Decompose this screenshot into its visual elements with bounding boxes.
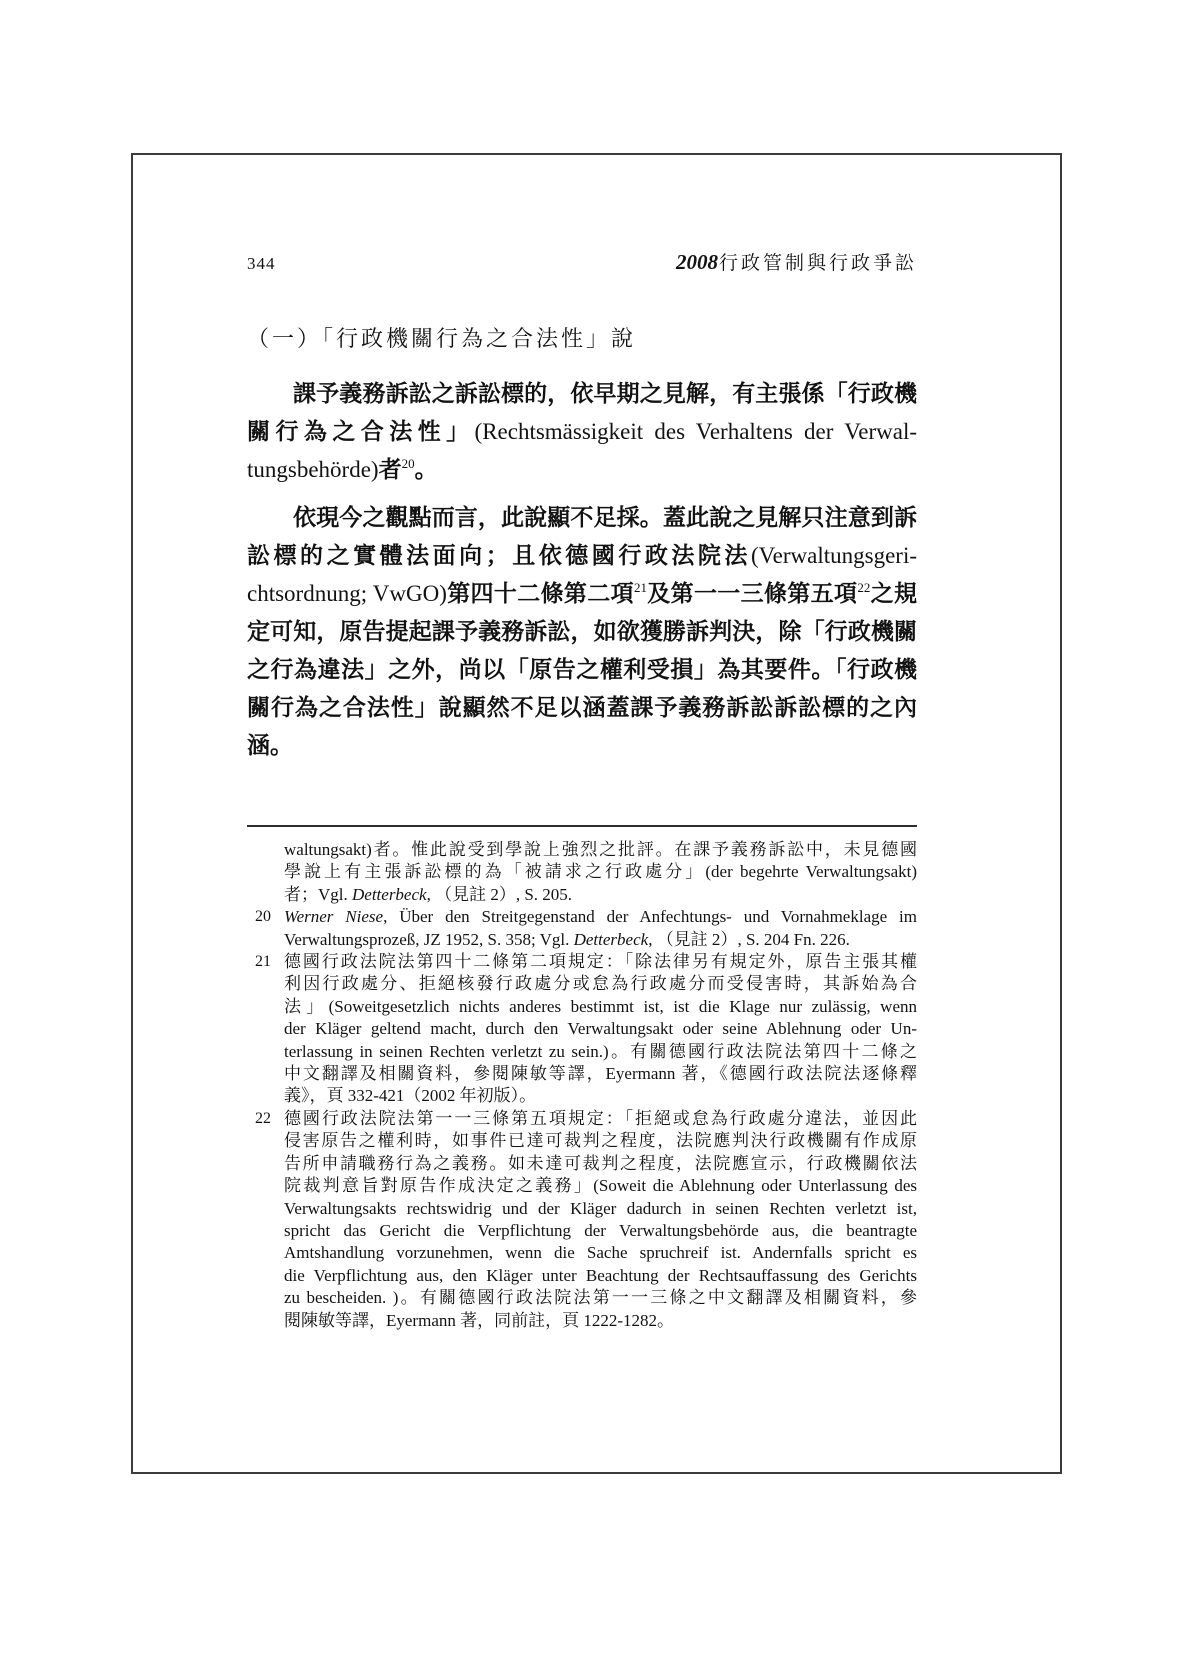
text-segment: die Verpflichtung aus, den Kläger unter … xyxy=(284,1266,917,1285)
footnote: waltungsakt)者。惟此說受到學說上強烈之批評。在課予義務訴訟中，未見德… xyxy=(247,839,917,906)
body-line: 定可知，原告提起課予義務訴訟，如欲獲勝訴判決，除「行政機關 xyxy=(247,613,917,651)
text-segment: , S. 204 Fn. 226. xyxy=(737,930,849,949)
footnote-line: 法」(Soweitgesetzlich nichts anderes besti… xyxy=(284,996,917,1018)
footnote-line: 中文翻譯及相關資料，參閱陳敏等譯，Eyermann 著，《德國行政法院法逐條釋 xyxy=(284,1063,917,1085)
running-header-text: 行政管制與行政爭訟 xyxy=(719,253,917,274)
text-segment: (der begehrte Verwaltungsakt) xyxy=(705,862,917,881)
footnote-number: 21 xyxy=(255,951,271,973)
text-segment: 閱陳敏等譯， xyxy=(284,1311,386,1330)
text-segment: 。 xyxy=(657,1311,674,1330)
text-segment: der Kläger geltend macht, durch den Verw… xyxy=(284,1019,917,1038)
text-segment: 之規 xyxy=(870,581,917,606)
body-text: 課予義務訴訟之訴訟標的，依早期之見解，有主張係「行政機關行為之合法性」(Rech… xyxy=(247,375,917,765)
text-segment: waltungsakt) xyxy=(284,840,372,859)
text-segment: , S. 205. xyxy=(516,885,572,904)
text-segment: Eyermann xyxy=(386,1311,460,1330)
text-segment: 院裁判意旨對原告作成決定之義務」 xyxy=(284,1176,593,1195)
page-content: 344 2008行政管制與行政爭訟 （一）「行政機關行為之合法性」說 課予義務訴… xyxy=(247,155,917,1332)
footnote-line: terlassung in seinen Rechten verletzt zu… xyxy=(284,1041,917,1063)
text-segment: 訟標的之實體法面向；且依德國行政法院法 xyxy=(247,543,751,568)
text-segment: zu bescheiden. ) xyxy=(284,1288,398,1307)
text-segment: 告所申請職務行為之義務。如未達可裁判之程度，法院應宣示，行政機關依法 xyxy=(284,1154,917,1173)
text-segment: spricht das Gericht die Verpflichtung de… xyxy=(284,1221,917,1240)
footnote-line: zu bescheiden. )。有關德國行政法院法第一一三條之中文翻譯及相關資… xyxy=(284,1287,917,1309)
page-header: 344 2008行政管制與行政爭訟 xyxy=(247,248,917,275)
text-segment: 及第一一三條第五項 xyxy=(647,581,857,606)
body-line: 涵。 xyxy=(247,727,917,765)
text-segment: 332-421 xyxy=(348,1086,405,1105)
page-border: 344 2008行政管制與行政爭訟 （一）「行政機關行為之合法性」說 課予義務訴… xyxy=(131,153,1062,1474)
text-segment: 者。惟此說受到學說上強烈之批評。在課予義務訴訟中，未見德國 xyxy=(372,840,917,859)
scanned-document-page: { "page": { "number": "344", "header_tit… xyxy=(0,0,1177,1664)
footnote-number: 20 xyxy=(255,906,271,928)
text-segment: 關行為之合法性」 xyxy=(247,419,475,444)
footnote-number: 22 xyxy=(255,1108,271,1130)
body-line: 關行為之合法性」(Rechtsmässigkeit des Verhaltens… xyxy=(247,413,917,451)
text-segment: Detterbeck xyxy=(352,885,427,904)
text-segment: 。有關德國行政法院法第四十二條之 xyxy=(609,1042,917,1061)
text-segment: (Verwaltungsgeri- xyxy=(751,543,917,568)
text-segment: 利因行政處分、拒絕核發行政處分或怠為行政處分而受侵害時，其訴始為合 xyxy=(284,974,917,993)
footnote: 22德國行政法院法第一一三條第五項規定：「拒絕或怠為行政處分違法，並因此侵害原告… xyxy=(247,1108,917,1332)
text-segment: 中文翻譯及相關資料，參閱陳敏等譯， xyxy=(284,1064,606,1083)
text-segment: (Soweit die Ablehnung oder Unterlassung … xyxy=(593,1176,917,1195)
text-segment: 涵。 xyxy=(247,733,293,758)
text-segment: 。有關德國行政法院法第一一三條之中文翻譯及相關資料，參 xyxy=(398,1288,917,1307)
footnote-reference-superscript: 21 xyxy=(634,580,647,595)
body-line: tungsbehörde)者20。 xyxy=(247,451,917,489)
text-segment: 定可知，原告提起課予義務訴訟，如欲獲勝訴判決，除「行政機關 xyxy=(247,619,917,644)
text-segment: 德國行政法院法第四十二條第二項規定：「除法律另有規定外，原告主張其權 xyxy=(284,952,917,971)
text-segment: Verwaltungsakts rechtswidrig und der Klä… xyxy=(284,1199,917,1218)
text-segment: , Über den Streitgegenstand der Anfechtu… xyxy=(383,907,917,926)
running-header-title: 2008行政管制與行政爭訟 xyxy=(676,248,917,275)
footnote-line: 21德國行政法院法第四十二條第二項規定：「除法律另有規定外，原告主張其權 xyxy=(284,951,917,973)
text-segment: chtsordnung; VwGO) xyxy=(247,581,447,606)
footnote: 21德國行政法院法第四十二條第二項規定：「除法律另有規定外，原告主張其權利因行政… xyxy=(247,951,917,1108)
body-line: 關行為之合法性」說顯然不足以涵蓋課予義務訴訟訴訟標的之內 xyxy=(247,689,917,727)
footnote-reference-superscript: 22 xyxy=(857,580,870,595)
footnote-line: 閱陳敏等譯，Eyermann 著，同前註，頁 1222-1282。 xyxy=(284,1310,917,1332)
text-segment: 著，《德國行政法院法逐條釋 xyxy=(682,1064,917,1083)
footnote-line: 20Werner Niese, Über den Streitgegenstan… xyxy=(284,906,917,928)
footnote-line: Amtshandlung vorzunehmen, wenn die Sache… xyxy=(284,1242,917,1264)
text-segment: 著，同前註，頁 xyxy=(460,1311,583,1330)
text-segment: (Soweitgesetzlich nichts anderes bestimm… xyxy=(329,997,917,1016)
body-line: 依現今之觀點而言，此說顯不足採。蓋此說之見解只注意到訴 xyxy=(247,499,917,537)
footnote-line: die Verpflichtung aus, den Kläger unter … xyxy=(284,1265,917,1287)
text-segment: Vgl. xyxy=(318,885,352,904)
text-segment: 2002 xyxy=(421,1086,459,1105)
text-segment: tungsbehörde) xyxy=(247,457,379,482)
text-segment: , xyxy=(648,930,657,949)
text-segment: Werner Niese xyxy=(284,907,383,926)
text-segment: Eyermann xyxy=(606,1064,682,1083)
text-segment: （ xyxy=(404,1086,421,1105)
text-segment: 課予義務訴訟之訴訟標的，依早期之見解，有主張係「行政機 xyxy=(293,381,917,406)
text-segment: 侵害原告之權利時，如事件已達可裁判之程度，法院應判決行政機關有作成原 xyxy=(284,1131,917,1150)
text-segment: , xyxy=(427,885,436,904)
text-segment: 第四十二條第二項 xyxy=(447,581,634,606)
section-heading: （一）「行政機關行為之合法性」說 xyxy=(247,324,917,354)
text-segment: 依現今之觀點而言，此說顯不足採。蓋此說之見解只注意到訴 xyxy=(293,505,917,530)
footnote-line: spricht das Gericht die Verpflichtung de… xyxy=(284,1220,917,1242)
footnote-line: 學說上有主張訴訟標的為「被請求之行政處分」(der begehrte Verwa… xyxy=(284,861,917,883)
text-segment: 法」 xyxy=(284,997,329,1016)
text-segment: 年初版）。 xyxy=(460,1086,537,1105)
text-segment: 學說上有主張訴訟標的為「被請求之行政處分」 xyxy=(284,862,705,881)
body-line: 課予義務訴訟之訴訟標的，依早期之見解，有主張係「行政機 xyxy=(247,375,917,413)
footnote-line: 院裁判意旨對原告作成決定之義務」(Soweit die Ablehnung od… xyxy=(284,1175,917,1197)
text-segment: 關行為之合法性」說顯然不足以涵蓋課予義務訴訟訴訟標的之內 xyxy=(247,695,917,720)
text-segment: （見註 2） xyxy=(435,885,516,904)
footnotes: waltungsakt)者。惟此說受到學說上強烈之批評。在課予義務訴訟中，未見德… xyxy=(247,839,917,1332)
text-segment: 者 xyxy=(379,457,402,482)
text-segment: 之行為違法」之外，尚以「原告之權利受損」為其要件。「行政機 xyxy=(247,657,917,682)
body-line: 之行為違法」之外，尚以「原告之權利受損」為其要件。「行政機 xyxy=(247,651,917,689)
footnote-line: der Kläger geltend macht, durch den Verw… xyxy=(284,1018,917,1040)
running-header-year: 2008 xyxy=(676,250,718,274)
text-segment: 義》，頁 xyxy=(284,1086,348,1105)
text-segment: terlassung in seinen Rechten verletzt zu… xyxy=(284,1042,609,1061)
text-segment: 1222-1282 xyxy=(583,1311,657,1330)
page-number: 344 xyxy=(247,254,276,274)
footnote-line: 告所申請職務行為之義務。如未達可裁判之程度，法院應宣示，行政機關依法 xyxy=(284,1153,917,1175)
text-segment: 。 xyxy=(415,457,438,482)
text-segment: 者； xyxy=(284,885,318,904)
text-segment: 德國行政法院法第一一三條第五項規定：「拒絕或怠為行政處分違法，並因此 xyxy=(284,1109,917,1128)
footnote-line: Verwaltungsprozeß, JZ 1952, S. 358; Vgl.… xyxy=(284,929,917,951)
text-segment: Verwaltungsprozeß, JZ 1952, S. 358; Vgl. xyxy=(284,930,574,949)
footnote-line: 者；Vgl. Detterbeck, （見註 2）, S. 205. xyxy=(284,884,917,906)
body-line: 訟標的之實體法面向；且依德國行政法院法(Verwaltungsgeri- xyxy=(247,537,917,575)
text-segment: Detterbeck xyxy=(574,930,649,949)
body-paragraph: 課予義務訴訟之訴訟標的，依早期之見解，有主張係「行政機關行為之合法性」(Rech… xyxy=(247,375,917,489)
body-paragraph: 依現今之觀點而言，此說顯不足採。蓋此說之見解只注意到訴訟標的之實體法面向；且依德… xyxy=(247,499,917,765)
footnote-line: 22德國行政法院法第一一三條第五項規定：「拒絕或怠為行政處分違法，並因此 xyxy=(284,1108,917,1130)
body-line: chtsordnung; VwGO)第四十二條第二項21及第一一三條第五項22之… xyxy=(247,575,917,613)
footnote-line: waltungsakt)者。惟此說受到學說上強烈之批評。在課予義務訴訟中，未見德… xyxy=(284,839,917,861)
text-segment: （見註 2） xyxy=(657,930,738,949)
footnote-line: 利因行政處分、拒絕核發行政處分或怠為行政處分而受侵害時，其訴始為合 xyxy=(284,973,917,995)
footnote-divider xyxy=(247,825,917,827)
text-segment: Amtshandlung vorzunehmen, wenn die Sache… xyxy=(284,1243,917,1262)
footnote-line: Verwaltungsakts rechtswidrig und der Klä… xyxy=(284,1198,917,1220)
footnote-line: 義》，頁 332-421（2002 年初版）。 xyxy=(284,1085,917,1107)
text-segment: (Rechtsmässigkeit des Verhaltens der Ver… xyxy=(475,419,917,444)
footnote-reference-superscript: 20 xyxy=(402,456,415,471)
footnote: 20Werner Niese, Über den Streitgegenstan… xyxy=(247,906,917,951)
footnote-line: 侵害原告之權利時，如事件已達可裁判之程度，法院應判決行政機關有作成原 xyxy=(284,1130,917,1152)
